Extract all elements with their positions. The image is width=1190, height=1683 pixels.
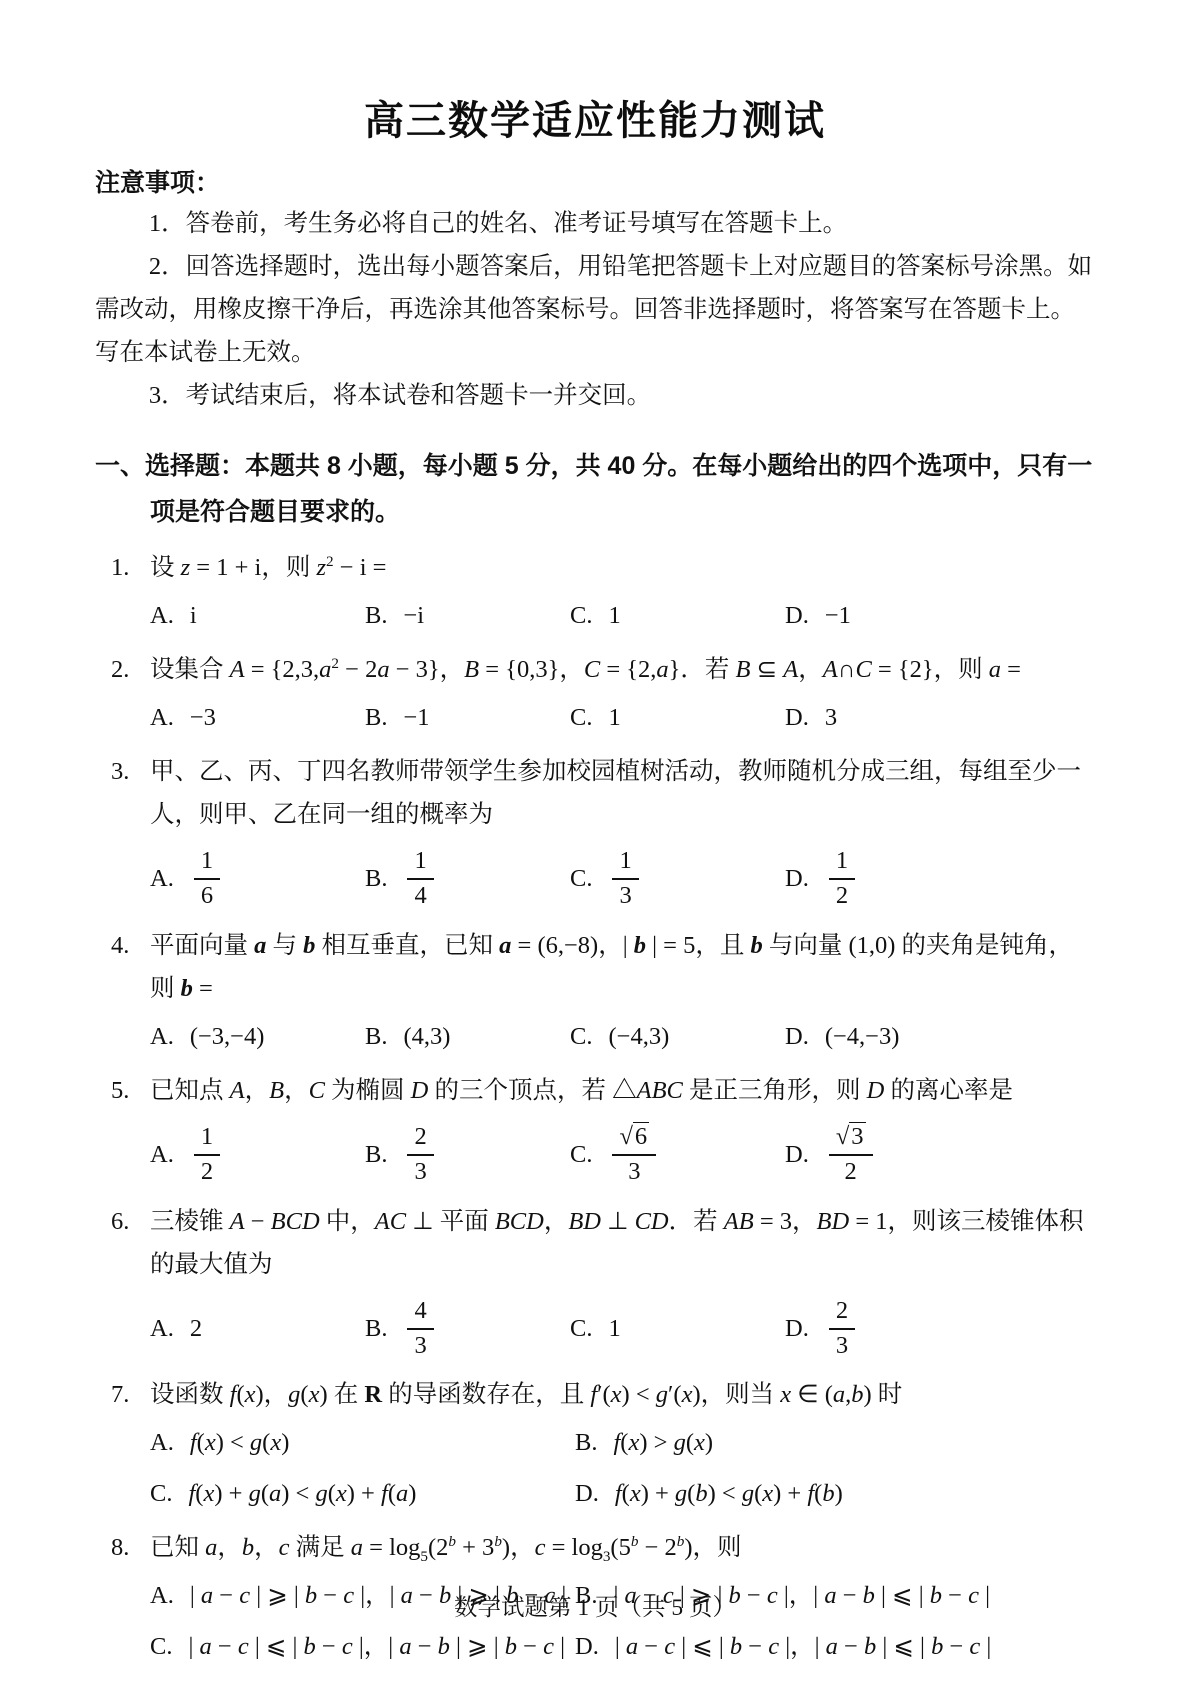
section-heading: 一、选择题：本题共 8 小题，每小题 5 分，共 40 分。在每小题给出的四个选… xyxy=(95,443,1095,535)
option-value: (−4,3) xyxy=(608,1015,669,1058)
option-label: D. xyxy=(785,1133,809,1176)
option-b: B.(4,3) xyxy=(365,1015,570,1058)
option-b: B.14 xyxy=(365,844,570,913)
option-label: C. xyxy=(150,1625,172,1668)
option-d: D.−1 xyxy=(785,594,1095,637)
option-b: B.−i xyxy=(365,594,570,637)
option-label: A. xyxy=(150,1015,174,1058)
option-label: A. xyxy=(150,857,174,900)
option-label: D. xyxy=(785,1307,809,1350)
option-value: −1 xyxy=(825,594,851,637)
option-value: 2 xyxy=(190,1307,202,1350)
option-d: D.3 xyxy=(785,696,1095,739)
options-row: A.12 B.23 C.√63 D.√32 xyxy=(150,1120,1095,1189)
option-a: A.i xyxy=(150,594,365,637)
option-label: B. xyxy=(365,1133,387,1176)
option-value: 16 xyxy=(190,844,224,913)
question-5: 5. 已知点 A，B，C 为椭圆 D 的三个顶点，若 △ABC 是正三角形，则 … xyxy=(95,1069,1095,1189)
option-value: √63 xyxy=(608,1120,660,1189)
option-b: B.23 xyxy=(365,1120,570,1189)
option-c: C.(−4,3) xyxy=(570,1015,785,1058)
option-value: f(x) + g(b) < g(x) + f(b) xyxy=(615,1472,843,1515)
option-value: 1 xyxy=(608,1307,620,1350)
option-label: B. xyxy=(365,1015,387,1058)
option-value: 23 xyxy=(825,1294,859,1363)
question-number: 4. xyxy=(111,924,129,967)
option-value: (−4,−3) xyxy=(825,1015,900,1058)
option-label: A. xyxy=(150,696,174,739)
option-label: A. xyxy=(150,594,174,637)
question-stem: 平面向量 a 与 b 相互垂直，已知 a = (6,−8)，| b | = 5，… xyxy=(150,932,1073,1002)
question-number: 8. xyxy=(111,1526,129,1569)
option-label: C. xyxy=(570,1133,592,1176)
option-d: D.(−4,−3) xyxy=(785,1015,1095,1058)
notice-heading: 注意事项： xyxy=(95,164,1095,202)
option-label: D. xyxy=(575,1472,599,1515)
option-value: i xyxy=(190,594,197,637)
option-a: A.f(x) < g(x) xyxy=(150,1421,575,1464)
question-3: 3. 甲、乙、丙、丁四名教师带领学生参加校园植树活动，教师随机分成三组，每组至少… xyxy=(95,750,1095,913)
option-value: 23 xyxy=(403,1120,437,1189)
option-label: B. xyxy=(575,1421,597,1464)
option-a: A.16 xyxy=(150,844,365,913)
option-label: D. xyxy=(785,594,809,637)
option-value: | a − c | ⩽ | b − c |，| a − b | ⩾ | b − … xyxy=(188,1625,565,1668)
question-number: 2. xyxy=(111,648,129,691)
option-a: A.2 xyxy=(150,1294,365,1363)
option-label: A. xyxy=(150,1307,174,1350)
page-title: 高三数学适应性能力测试 xyxy=(95,96,1095,146)
options-row: A.16 B.14 C.13 D.12 xyxy=(150,844,1095,913)
question-number: 7. xyxy=(111,1373,129,1416)
option-label: D. xyxy=(785,1015,809,1058)
option-d: D.√32 xyxy=(785,1120,1095,1189)
option-a: A.−3 xyxy=(150,696,365,739)
option-label: C. xyxy=(570,857,592,900)
question-7: 7. 设函数 f(x)，g(x) 在 R 的导函数存在，且 f′(x) < g′… xyxy=(95,1373,1095,1515)
option-c: C.1 xyxy=(570,594,785,637)
page-footer: 数学试题第 1 页（共 5 页） xyxy=(0,1593,1190,1623)
option-label: C. xyxy=(570,594,592,637)
option-value: 43 xyxy=(403,1294,437,1363)
question-stem: 已知 a，b，c 满足 a = log5(2b + 3b)，c = log3(5… xyxy=(150,1534,742,1561)
option-value: 13 xyxy=(608,844,642,913)
option-label: C. xyxy=(570,696,592,739)
question-1: 1. 设 z = 1 + i，则 z2 − i = A.i B.−i C.1 D… xyxy=(95,546,1095,637)
option-label: B. xyxy=(365,1307,387,1350)
option-d: D.12 xyxy=(785,844,1095,913)
question-stem: 已知点 A，B，C 为椭圆 D 的三个顶点，若 △ABC 是正三角形，则 D 的… xyxy=(150,1077,1013,1104)
option-b: B.−1 xyxy=(365,696,570,739)
options-grid: A.f(x) < g(x) B.f(x) > g(x) C.f(x) + g(a… xyxy=(150,1421,1095,1515)
option-a: A.12 xyxy=(150,1120,365,1189)
option-label: A. xyxy=(150,1133,174,1176)
option-label: A. xyxy=(150,1421,174,1464)
notice-item-2: 2．回答选择题时，选出每小题答案后，用铅笔把答题卡上对应题目的答案标号涂黑。如需… xyxy=(95,245,1095,374)
option-d: D.f(x) + g(b) < g(x) + f(b) xyxy=(575,1472,1095,1515)
options-row: A.2 B.43 C.1 D.23 xyxy=(150,1294,1095,1363)
option-value: 14 xyxy=(403,844,437,913)
options-row: A.−3 B.−1 C.1 D.3 xyxy=(150,696,1095,739)
option-label: C. xyxy=(570,1015,592,1058)
option-b: B.f(x) > g(x) xyxy=(575,1421,1095,1464)
option-c: C.f(x) + g(a) < g(x) + f(a) xyxy=(150,1472,575,1515)
option-c: C.| a − c | ⩽ | b − c |，| a − b | ⩾ | b … xyxy=(150,1625,575,1668)
option-value: 12 xyxy=(825,844,859,913)
option-c: C.1 xyxy=(570,696,785,739)
question-stem: 三棱锥 A − BCD 中，AC ⊥ 平面 BCD，BD ⊥ CD．若 AB =… xyxy=(150,1208,1084,1278)
option-value: f(x) + g(a) < g(x) + f(a) xyxy=(188,1472,416,1515)
options-row: A.(−3,−4) B.(4,3) C.(−4,3) D.(−4,−3) xyxy=(150,1015,1095,1058)
option-value: f(x) < g(x) xyxy=(190,1421,290,1464)
option-value: f(x) > g(x) xyxy=(613,1421,713,1464)
question-stem: 设函数 f(x)，g(x) 在 R 的导函数存在，且 f′(x) < g′(x)… xyxy=(150,1381,902,1408)
option-label: B. xyxy=(365,696,387,739)
option-label: B. xyxy=(365,857,387,900)
option-value: 3 xyxy=(825,696,837,739)
question-number: 3. xyxy=(111,750,129,793)
option-c: C.1 xyxy=(570,1294,785,1363)
option-value: | a − c | ⩽ | b − c |，| a − b | ⩽ | b − … xyxy=(615,1625,992,1668)
question-stem: 设 z = 1 + i，则 z2 − i = xyxy=(150,554,386,581)
question-stem: 甲、乙、丙、丁四名教师带领学生参加校园植树活动，教师随机分成三组，每组至少一人，… xyxy=(150,758,1081,828)
question-stem: 设集合 A = {2,3,a2 − 2a − 3}，B = {0,3}，C = … xyxy=(150,656,1021,683)
option-value: −1 xyxy=(403,696,429,739)
option-d: D.| a − c | ⩽ | b − c |，| a − b | ⩽ | b … xyxy=(575,1625,1095,1668)
option-label: D. xyxy=(575,1625,599,1668)
option-value: √32 xyxy=(825,1120,877,1189)
question-number: 6. xyxy=(111,1200,129,1243)
option-label: D. xyxy=(785,696,809,739)
option-value: 12 xyxy=(190,1120,224,1189)
option-a: A.(−3,−4) xyxy=(150,1015,365,1058)
option-value: 1 xyxy=(608,696,620,739)
question-6: 6. 三棱锥 A − BCD 中，AC ⊥ 平面 BCD，BD ⊥ CD．若 A… xyxy=(95,1200,1095,1363)
option-value: (−3,−4) xyxy=(190,1015,265,1058)
question-number: 5. xyxy=(111,1069,129,1112)
option-c: C.√63 xyxy=(570,1120,785,1189)
notice-item-1: 1．答卷前，考生务必将自己的姓名、准考证号填写在答题卡上。 xyxy=(95,202,1095,245)
option-value: (4,3) xyxy=(403,1015,450,1058)
options-row: A.i B.−i C.1 D.−1 xyxy=(150,594,1095,637)
option-d: D.23 xyxy=(785,1294,1095,1363)
question-2: 2. 设集合 A = {2,3,a2 − 2a − 3}，B = {0,3}，C… xyxy=(95,648,1095,739)
option-c: C.13 xyxy=(570,844,785,913)
option-label: D. xyxy=(785,857,809,900)
option-b: B.43 xyxy=(365,1294,570,1363)
option-value: −i xyxy=(403,594,424,637)
option-value: −3 xyxy=(190,696,216,739)
question-4: 4. 平面向量 a 与 b 相互垂直，已知 a = (6,−8)，| b | =… xyxy=(95,924,1095,1058)
notice-section: 注意事项： 1．答卷前，考生务必将自己的姓名、准考证号填写在答题卡上。 2．回答… xyxy=(95,164,1095,417)
question-number: 1. xyxy=(111,546,129,589)
option-label: C. xyxy=(570,1307,592,1350)
notice-item-3: 3．考试结束后，将本试卷和答题卡一并交回。 xyxy=(95,374,1095,417)
option-label: C. xyxy=(150,1472,172,1515)
option-value: 1 xyxy=(608,594,620,637)
exam-page: 高三数学适应性能力测试 注意事项： 1．答卷前，考生务必将自己的姓名、准考证号填… xyxy=(0,0,1190,1683)
option-label: B. xyxy=(365,594,387,637)
